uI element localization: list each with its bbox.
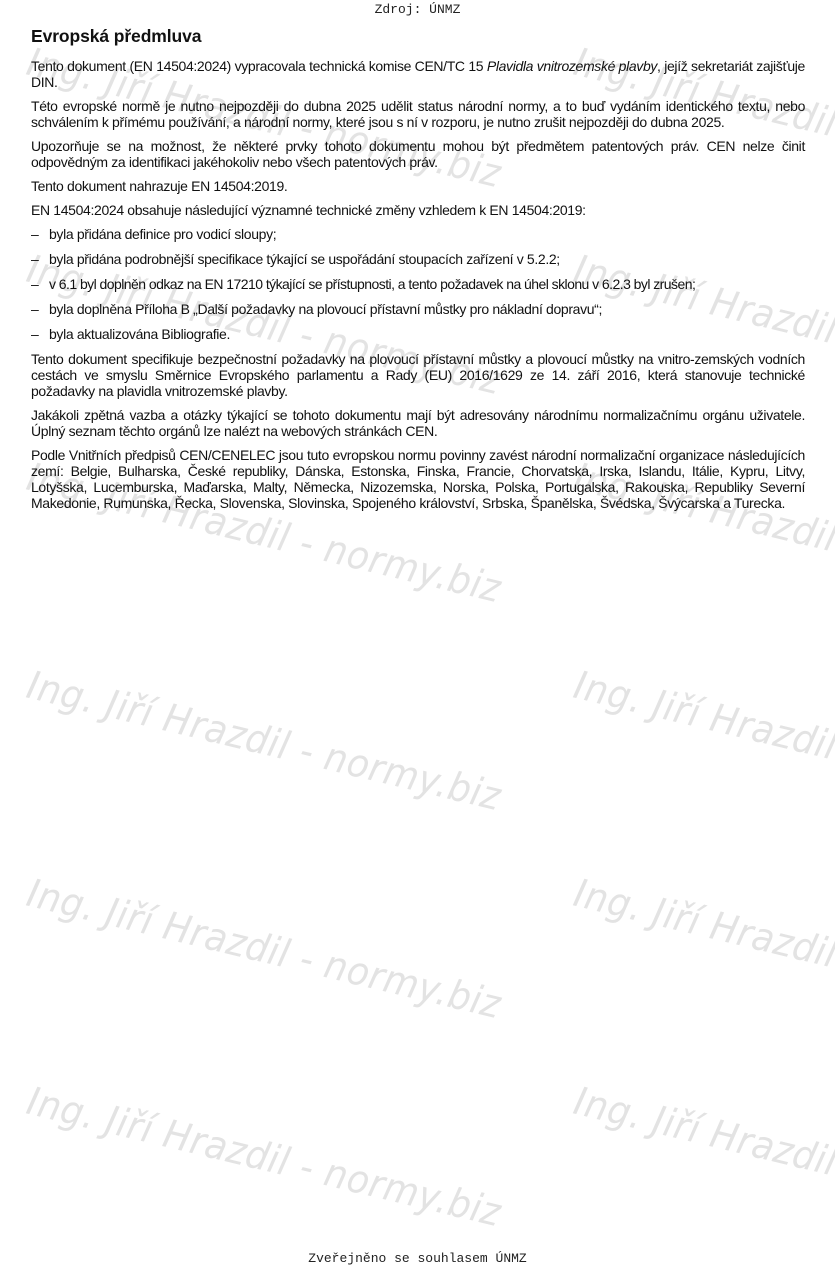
list-item: –v 6.1 byl doplněn odkaz na EN 17210 týk… bbox=[31, 276, 805, 292]
list-item: –byla přidána definice pro vodicí sloupy… bbox=[31, 226, 805, 242]
committee-name: Plavidla vnitrozemské plavby bbox=[487, 58, 657, 74]
watermark: Ing. Jiří Hrazdil - normy.biz bbox=[569, 1079, 835, 1236]
changes-list: –byla přidána definice pro vodicí sloupy… bbox=[31, 226, 805, 342]
document-body: Evropská předmluva Tento dokument (EN 14… bbox=[31, 26, 805, 519]
dash-bullet-icon: – bbox=[31, 251, 38, 267]
watermark: Ing. Jiří Hrazdil - normy.biz bbox=[22, 1079, 505, 1236]
list-item-text: byla aktualizována Bibliografie. bbox=[49, 326, 230, 342]
paragraph-national-status: Této evropské normě je nutno nejpozději … bbox=[31, 98, 805, 130]
list-item: –byla přidána podrobnější specifikace tý… bbox=[31, 251, 805, 267]
paragraph-patent-notice: Upozorňuje se na možnost, že některé prv… bbox=[31, 138, 805, 170]
dash-bullet-icon: – bbox=[31, 276, 38, 292]
paragraph-supersedes: Tento dokument nahrazuje EN 14504:2019. bbox=[31, 178, 805, 194]
dash-bullet-icon: – bbox=[31, 326, 38, 342]
paragraph-changes-intro: EN 14504:2024 obsahuje následující význa… bbox=[31, 202, 805, 218]
list-item: –byla aktualizována Bibliografie. bbox=[31, 326, 805, 342]
page-title: Evropská předmluva bbox=[31, 26, 805, 47]
paragraph-committee-text: Tento dokument (EN 14504:2024) vypracova… bbox=[31, 58, 487, 74]
watermark: Ing. Jiří Hrazdil - normy.biz bbox=[569, 663, 835, 820]
watermark: Ing. Jiří Hrazdil - normy.biz bbox=[22, 663, 505, 820]
dash-bullet-icon: – bbox=[31, 226, 38, 242]
list-item-text: byla doplněna Příloha B „Další požadavky… bbox=[49, 301, 602, 317]
list-item-text: byla přidána podrobnější specifikace týk… bbox=[49, 251, 560, 267]
dash-bullet-icon: – bbox=[31, 301, 38, 317]
source-header: Zdroj: ÚNMZ bbox=[0, 2, 835, 17]
paragraph-committee: Tento dokument (EN 14504:2024) vypracova… bbox=[31, 58, 805, 90]
paragraph-feedback: Jakákoli zpětná vazba a otázky týkající … bbox=[31, 407, 805, 439]
paragraph-adoption-countries: Podle Vnitřních předpisů CEN/CENELEC jso… bbox=[31, 447, 805, 511]
watermark: Ing. Jiří Hrazdil - normy.biz bbox=[22, 871, 505, 1028]
list-item: –byla doplněna Příloha B „Další požadavk… bbox=[31, 301, 805, 317]
list-item-text: byla přidána definice pro vodicí sloupy; bbox=[49, 226, 276, 242]
paragraph-scope: Tento dokument specifikuje bezpečnostní … bbox=[31, 351, 805, 399]
watermark: Ing. Jiří Hrazdil - normy.biz bbox=[569, 871, 835, 1028]
list-item-text: v 6.1 byl doplněn odkaz na EN 17210 týka… bbox=[49, 276, 695, 292]
publication-footer: Zveřejněno se souhlasem ÚNMZ bbox=[0, 1251, 835, 1266]
